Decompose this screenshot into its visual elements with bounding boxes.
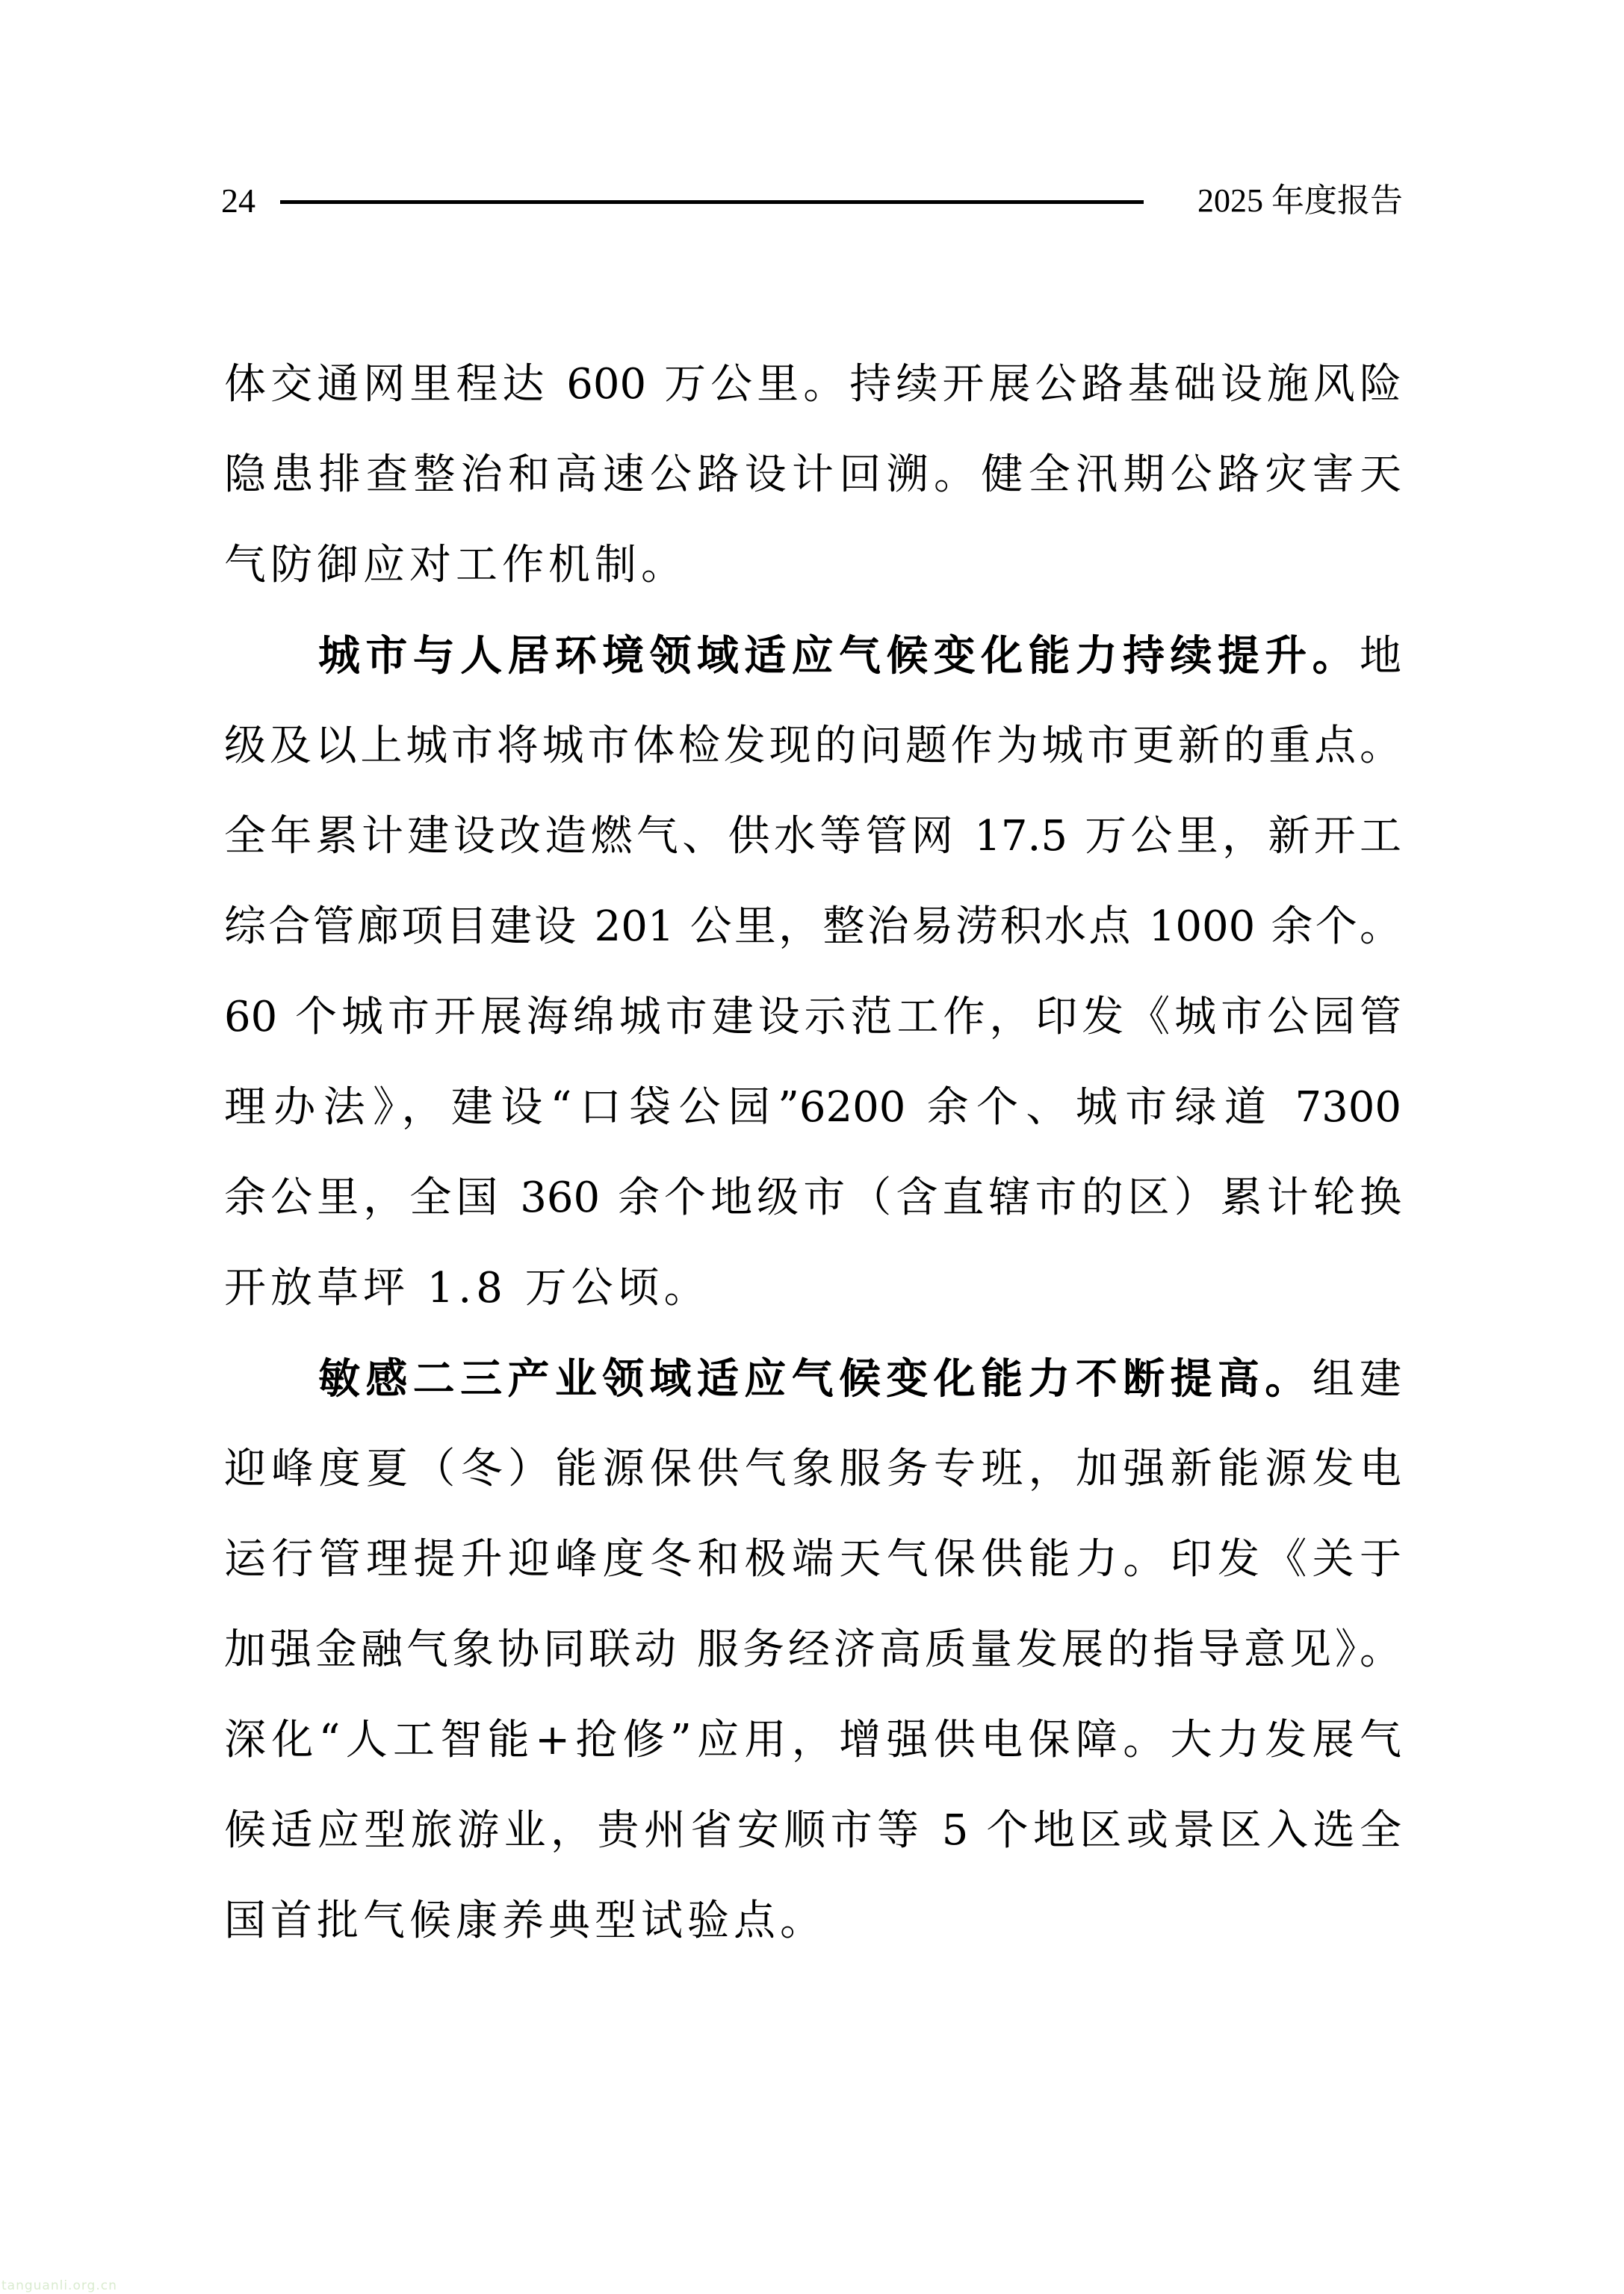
- watermark: tanguanli.org.cn: [1, 2278, 117, 2293]
- text-run: 地: [1360, 632, 1401, 681]
- text-line: 余公里，全国 360 余个地级市（含直辖市的区）累计轮换: [224, 1172, 1401, 1224]
- page-number: 24: [221, 181, 255, 221]
- text-line: 运行管理提升迎峰度冬和极端天气保供能力。印发《关于: [224, 1534, 1401, 1586]
- text-line: 60 个城市开展海绵城市建设示范工作，印发《城市公园管: [224, 991, 1401, 1044]
- text-line: 理办法》，建设“口袋公园”6200 余个、城市绿道 7300: [224, 1082, 1401, 1134]
- text-line: 候适应型旅游业，贵州省安顺市等 5 个地区或景区入选全: [224, 1805, 1401, 1857]
- text-line: 迎峰度夏（冬）能源保供气象服务专班，加强新能源发电: [224, 1443, 1401, 1495]
- text-line: 加强金融气象协同联动 服务经济高质量发展的指导意见》。: [224, 1624, 1401, 1676]
- text-line: 深化“人工智能+抢修”应用，增强供电保障。大力发展气: [224, 1714, 1401, 1767]
- paragraph-heading: 敏感二三产业领域适应气候变化能力不断提高。: [318, 1354, 1312, 1404]
- paragraph-heading-line: 敏感二三产业领域适应气候变化能力不断提高。组建: [318, 1353, 1401, 1405]
- paragraph-heading: 城市与人居环境领域适应气候变化能力持续提升。: [318, 631, 1360, 681]
- paragraph-heading-line: 城市与人居环境领域适应气候变化能力持续提升。地: [318, 630, 1401, 682]
- header-rule: [280, 200, 1144, 204]
- text-line: 级及以上城市将城市体检发现的问题作为城市更新的重点。: [224, 720, 1401, 772]
- text-line: 国首批气候康养典型试验点。: [224, 1895, 1401, 1947]
- text-line: 体交通网里程达 600 万公里。持续开展公路基础设施风险: [224, 359, 1401, 411]
- text-line: 全年累计建设改造燃气、供水等管网 17.5 万公里，新开工: [224, 810, 1401, 863]
- text-line: 隐患排查整治和高速公路设计回溯。健全汛期公路灾害天: [224, 449, 1401, 501]
- running-title: 2025 年度报告: [1186, 181, 1403, 221]
- text-line: 气防御应对工作机制。: [224, 539, 1401, 592]
- text-run: 组建: [1312, 1355, 1401, 1404]
- text-line: 综合管廊项目建设 201 公里，整治易涝积水点 1000 余个。: [224, 901, 1401, 953]
- text-line: 开放草坪 1.8 万公顷。: [224, 1262, 1401, 1315]
